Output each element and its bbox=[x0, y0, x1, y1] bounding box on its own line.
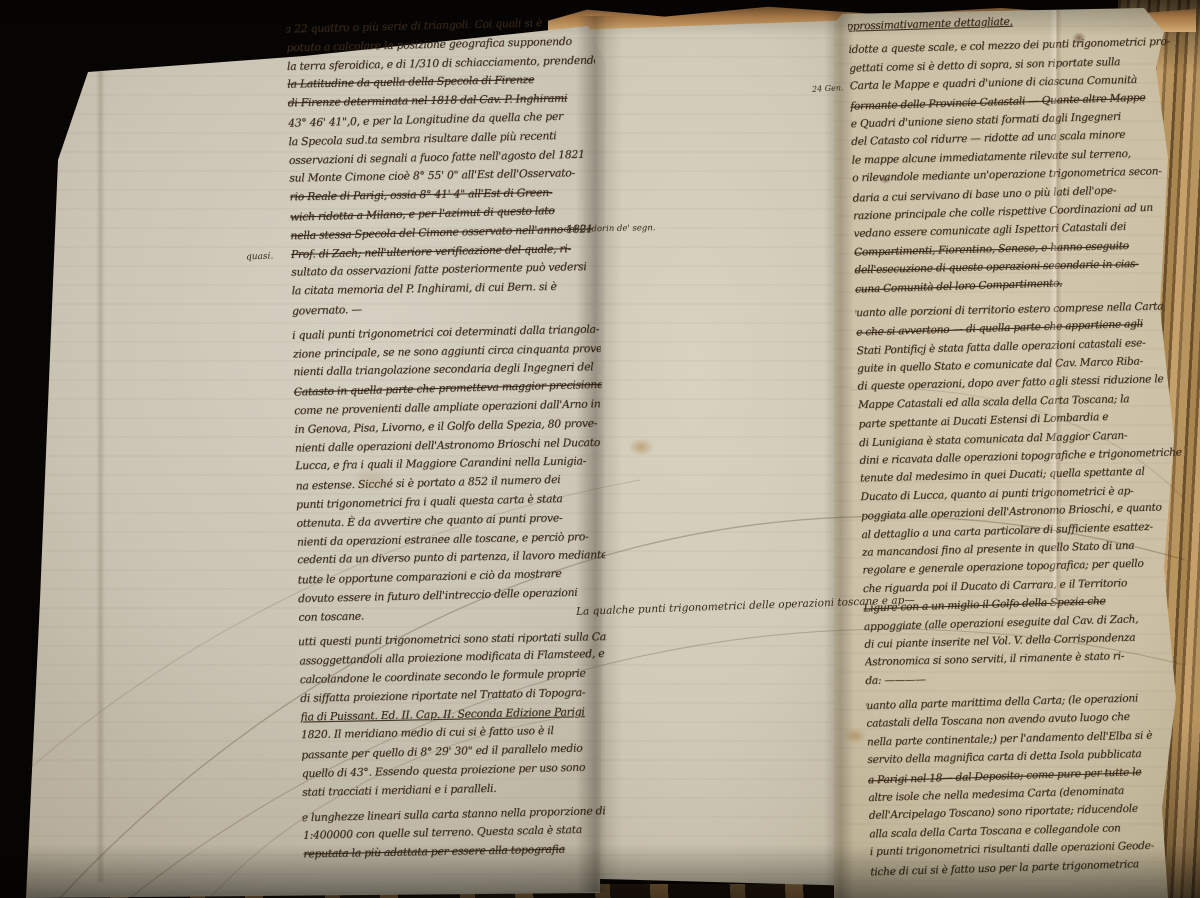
paper-speck bbox=[1072, 32, 1086, 44]
ink-stain bbox=[628, 438, 654, 456]
paper-stain bbox=[350, 466, 394, 494]
margin-note-date: 24 Gen. bbox=[812, 83, 844, 94]
manuscript-photo: { "palette": { "backdrop": "#070503", "l… bbox=[0, 0, 1200, 898]
manuscript-line: reputata la più adattata per essere alla… bbox=[303, 842, 611, 867]
paragraph: Tutti questi punti trigonometrici sono s… bbox=[299, 629, 610, 805]
paragraph: da 22 quattro o più serie di triangoli. … bbox=[286, 16, 600, 323]
margin-note: del Cadorin de' segn. bbox=[564, 223, 656, 235]
left-page-handwriting: da 22 quattro o più serie di triangoli. … bbox=[286, 16, 612, 873]
paragraph: Quanto alle porzioni di territorio ester… bbox=[856, 299, 1198, 694]
paper-speck bbox=[880, 176, 890, 184]
paragraph: Ridotte a queste scale, e col mezzo dei … bbox=[849, 36, 1188, 302]
paragraph: Quanto alla parte marittima della Carta;… bbox=[866, 691, 1200, 884]
ink-stain bbox=[843, 728, 867, 744]
right-page-handwriting: approssimativamente dettagliate.Ridotte … bbox=[848, 11, 1200, 889]
paragraph: Le lunghezze lineari sulla carta stanno … bbox=[303, 804, 612, 867]
paragraph: Ai quali punti trigonometrici coi determ… bbox=[292, 322, 606, 629]
margin-note: quasi. bbox=[246, 252, 274, 263]
